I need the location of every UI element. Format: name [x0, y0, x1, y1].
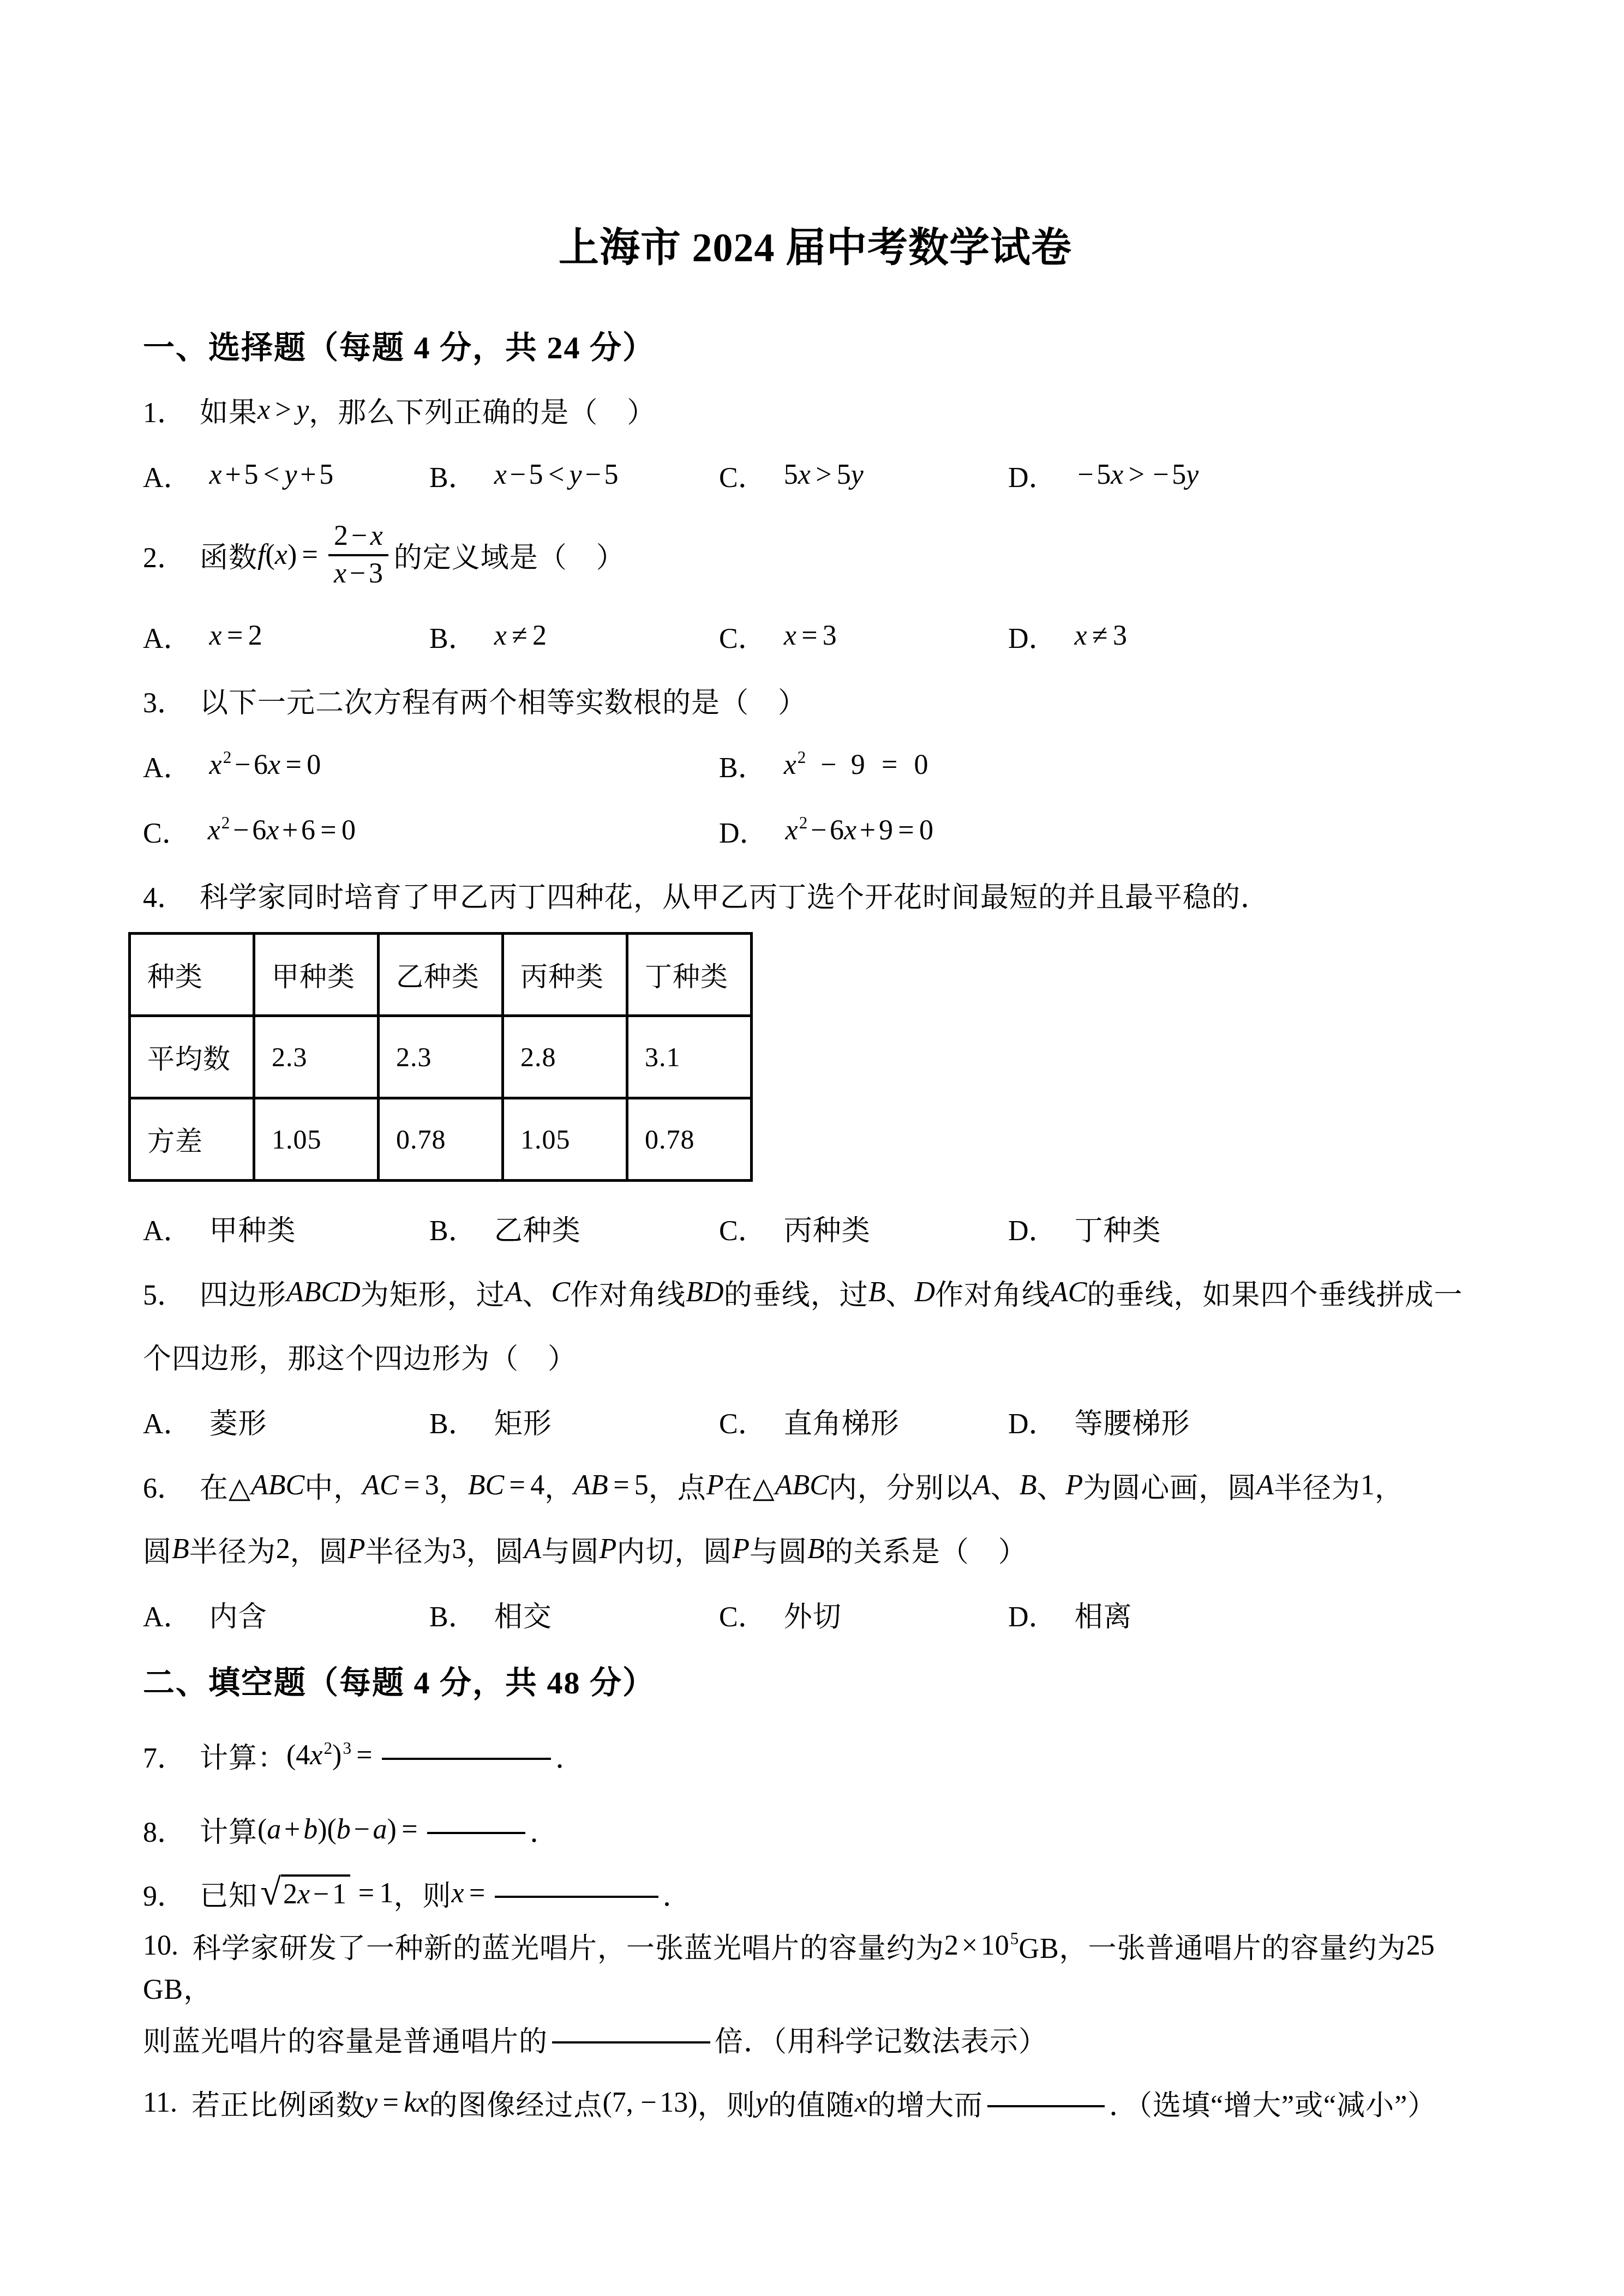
- option: A．内含: [143, 1581, 429, 1646]
- option-label: D．: [1008, 1207, 1057, 1248]
- table-cell: 3.1: [627, 1016, 752, 1098]
- answer-blank: [495, 1889, 658, 1898]
- text-run: 、: [991, 1465, 1020, 1506]
- math-formula: =1: [353, 1877, 393, 1909]
- text-run: 计算：: [200, 1735, 286, 1776]
- text-run: 内含: [209, 1594, 267, 1634]
- option-label: C．: [719, 1401, 766, 1441]
- question-line: 1．如果x>y，那么下列正确的是（ ）: [143, 378, 1488, 442]
- math-formula: A: [505, 1276, 523, 1308]
- question-line: 8．计算(a+b)(b−a)=．: [143, 1798, 1488, 1861]
- text-run: 的垂线，如果四个垂线拼成一: [1087, 1272, 1463, 1313]
- options-row: A．菱形B．矩形C．直角梯形D．等腰梯形: [143, 1388, 1488, 1453]
- math-formula: y=kx: [365, 2087, 429, 2119]
- text-run: 与圆: [750, 1529, 807, 1570]
- option: A．甲种类: [143, 1195, 429, 1260]
- option-label: A．: [143, 1594, 192, 1634]
- text-run: 菱形: [209, 1401, 267, 1441]
- exam-content: 一、选择题（每题 4 分，共 24 分）1．如果x>y，那么下列正确的是（ ）A…: [143, 311, 1488, 2135]
- math-formula: x=2: [209, 620, 262, 652]
- table-header-cell: 种类: [130, 934, 254, 1016]
- option: D．x2−6x+9=0: [719, 797, 1488, 863]
- option: C．丙种类: [719, 1195, 1008, 1260]
- text-run: ，那么下列正确的是（ ）: [309, 389, 656, 430]
- question-number: 5．: [143, 1272, 185, 1313]
- table-cell: 0.78: [379, 1098, 503, 1181]
- superscript: 2: [223, 748, 232, 767]
- option-label: C．: [719, 615, 766, 656]
- question-number: 8．: [143, 1809, 185, 1850]
- math-formula: 25: [1406, 1930, 1435, 1962]
- superscript: 2: [799, 813, 808, 832]
- sqrt-radical: √2x−1: [260, 1874, 350, 1912]
- text-run: 已知: [200, 1873, 257, 1914]
- math-formula: P: [1065, 1469, 1083, 1501]
- text-run: 的定义域是（ ）: [394, 534, 625, 575]
- option: C．x=3: [719, 603, 1008, 668]
- math-formula: AC: [1051, 1276, 1087, 1308]
- question: 3．以下一元二次方程有两个相等实数根的是（ ）A．x2−6x=0B．x2 − 9…: [143, 668, 1488, 863]
- option-label: B．: [429, 1207, 477, 1248]
- question-line: 4．科学家同时培育了甲乙丙丁四种花，从甲乙丙丁选个开花时间最短的并且最平稳的．: [143, 863, 1488, 927]
- option: B．x2 − 9 = 0: [719, 732, 1488, 797]
- math-formula: BD: [686, 1276, 723, 1308]
- superscript: 5: [1010, 1929, 1019, 1948]
- fraction-numerator: 2−x: [328, 520, 389, 556]
- math-formula: x≠2: [494, 620, 547, 652]
- math-formula: A: [973, 1469, 991, 1501]
- option: D．x≠3: [1008, 603, 1488, 668]
- option: B．矩形: [429, 1388, 719, 1453]
- question-line: 9．已知√2x−1=1，则x=．: [143, 1861, 1488, 1925]
- text-run: ．: [555, 1735, 584, 1776]
- math-formula: −5x>−5y: [1075, 459, 1199, 491]
- math-formula: (7,−13): [602, 2087, 697, 2119]
- option: B．乙种类: [429, 1195, 719, 1260]
- table-header-row: 种类甲种类乙种类丙种类丁种类: [130, 934, 752, 1016]
- text-run: 与圆: [541, 1529, 599, 1570]
- options-row: A．x2−6x=0B．x2 − 9 = 0C．x2−6x+6=0D．x2−6x+…: [143, 732, 1488, 863]
- option-label: C．: [719, 1207, 766, 1248]
- math-formula: D: [914, 1276, 935, 1308]
- answer-blank: [427, 1825, 525, 1834]
- option: B．x−5<y−5: [429, 442, 719, 507]
- option-label: D．: [719, 810, 768, 851]
- option-label: B．: [429, 615, 477, 656]
- text-run: 相交: [494, 1594, 552, 1634]
- text-run: 半径为: [189, 1529, 276, 1570]
- math-formula: x>y: [257, 394, 309, 426]
- text-run: 科学家研发了一种新的蓝光唱片，一张蓝光唱片的容量约为: [193, 1925, 944, 1966]
- text-run: ，: [1375, 1465, 1404, 1506]
- option-label: B．: [719, 744, 766, 785]
- math-formula: ABCD: [286, 1276, 361, 1308]
- option-label: A．: [143, 1401, 192, 1441]
- option-label: D．: [1008, 615, 1057, 656]
- question-line: 6．在△ABC中，AC=3，BC=4，AB=5，点P在△ABC内，分别以A、B、…: [143, 1453, 1488, 1517]
- math-formula: x≠3: [1075, 620, 1127, 652]
- question: 6．在△ABC中，AC=3，BC=4，AB=5，点P在△ABC内，分别以A、B、…: [143, 1453, 1488, 1646]
- text-run: 作对角线: [570, 1272, 686, 1313]
- superscript: 3: [343, 1739, 351, 1758]
- text-run: GB，: [143, 1966, 212, 2007]
- option-label: D．: [1008, 1594, 1057, 1634]
- text-run: ，点: [649, 1465, 706, 1506]
- answer-blank: [382, 1751, 551, 1760]
- text-run: 则蓝光唱片的容量是普通唱片的: [143, 2018, 548, 2059]
- text-run: 直角梯形: [784, 1401, 900, 1441]
- text-run: 乙种类: [494, 1207, 581, 1248]
- option: C．直角梯形: [719, 1388, 1008, 1453]
- math-formula: P: [706, 1469, 724, 1501]
- math-formula: C: [552, 1276, 571, 1308]
- fraction-denominator: x−3: [334, 556, 383, 590]
- option-label: C．: [143, 810, 190, 851]
- text-run: 、: [885, 1272, 914, 1313]
- options-row: A．内含B．相交C．外切D．相离: [143, 1581, 1488, 1646]
- text-run: 相离: [1075, 1594, 1132, 1634]
- math-formula: (4x2)3=: [286, 1739, 377, 1771]
- text-run: 半径为: [365, 1529, 452, 1570]
- text-run: 的增大而: [867, 2082, 983, 2123]
- question: 8．计算(a+b)(b−a)=．: [143, 1798, 1488, 1861]
- option-label: A．: [143, 744, 192, 785]
- math-formula: x2 − 9 = 0: [784, 749, 928, 781]
- answer-blank: [987, 2099, 1105, 2107]
- question: 5．四边形ABCD为矩形，过A、C作对角线BD的垂线，过B、D作对角线AC的垂线…: [143, 1260, 1488, 1453]
- question: 11.若正比例函数y=kx的图像经过点(7,−13)，则y的值随x的增大而．（选…: [143, 2071, 1488, 2135]
- question-number: 1．: [143, 389, 185, 430]
- question-number: 9．: [143, 1873, 185, 1914]
- question-line: 7．计算：(4x2)3=．: [143, 1713, 1488, 1798]
- table-cell: 2.3: [379, 1016, 503, 1098]
- text-run: 圆: [143, 1529, 172, 1570]
- text-run: 函数: [200, 534, 257, 575]
- option: A．x2−6x=0: [143, 732, 719, 797]
- table-row: 方差1.050.781.050.78: [130, 1098, 752, 1181]
- option: A．x+5<y+5: [143, 442, 429, 507]
- option-label: D．: [1008, 454, 1057, 495]
- question-line: 3．以下一元二次方程有两个相等实数根的是（ ）: [143, 668, 1488, 732]
- math-formula: x=: [451, 1877, 490, 1909]
- text-run: 的垂线，过: [724, 1272, 868, 1313]
- option: D．等腰梯形: [1008, 1388, 1488, 1453]
- option: C．外切: [719, 1581, 1008, 1646]
- math-formula: B: [172, 1533, 189, 1565]
- text-run: 在△: [724, 1465, 775, 1506]
- math-formula: P: [599, 1533, 616, 1565]
- text-run: 为矩形，过: [361, 1272, 505, 1313]
- text-run: 丁种类: [1075, 1207, 1161, 1248]
- text-run: 若正比例函数: [191, 2082, 365, 2123]
- text-run: ．（选填“增大”或“减小”）: [1109, 2082, 1436, 2123]
- math-formula: x−5<y−5: [494, 459, 619, 491]
- text-run: 矩形: [494, 1401, 552, 1441]
- table-row: 平均数2.32.32.83.1: [130, 1016, 752, 1098]
- math-formula: x2−6x+9=0: [786, 814, 933, 846]
- superscript: 2: [221, 813, 230, 832]
- option: B．相交: [429, 1581, 719, 1646]
- question: 4．科学家同时培育了甲乙丙丁四种花，从甲乙丙丁选个开花时间最短的并且最平稳的．种…: [143, 863, 1488, 1260]
- question-line: 圆B半径为2，圆P半径为3，圆A与圆P内切，圆P与圆B的关系是（ ）: [143, 1517, 1488, 1581]
- text-run: 等腰梯形: [1075, 1401, 1190, 1441]
- option-label: A．: [143, 1207, 192, 1248]
- math-formula: B: [1020, 1469, 1037, 1501]
- text-run: ，则: [393, 1873, 451, 1914]
- math-formula: B: [807, 1533, 825, 1565]
- radical-sign-icon: √: [260, 1873, 281, 1911]
- question-line: 个四边形，那这个四边形为（ ）: [143, 1324, 1488, 1388]
- text-run: 为圆心画，圆: [1083, 1465, 1256, 1506]
- math-formula: B: [868, 1276, 886, 1308]
- math-formula: y: [756, 2087, 768, 2119]
- math-formula: 2×105: [944, 1930, 1018, 1962]
- math-formula: 2: [276, 1533, 290, 1565]
- question-line: 10.科学家研发了一种新的蓝光唱片，一张蓝光唱片的容量约为2×105GB，一张普…: [143, 1925, 1488, 2007]
- radicand: 2x−1: [281, 1874, 350, 1910]
- stats-table: 种类甲种类乙种类丙种类丁种类平均数2.32.32.83.1方差1.050.781…: [128, 932, 753, 1182]
- text-run: 、: [1036, 1465, 1065, 1506]
- option: D．−5x>−5y: [1008, 442, 1488, 507]
- text-run: 倍．（用科学记数法表示）: [715, 2018, 1047, 2059]
- math-formula: x+5<y+5: [209, 459, 334, 491]
- option-label: C．: [719, 1594, 766, 1634]
- text-run: 以下一元二次方程有两个相等实数根的是（ ）: [200, 680, 807, 720]
- question-number: 7．: [143, 1735, 185, 1776]
- math-formula: 1: [1361, 1469, 1375, 1501]
- question-line: 11.若正比例函数y=kx的图像经过点(7,−13)，则y的值随x的增大而．（选…: [143, 2071, 1488, 2135]
- math-formula: x: [855, 2087, 867, 2119]
- text-run: 如果: [200, 389, 257, 430]
- math-formula: P: [348, 1533, 365, 1565]
- options-row: A．x+5<y+5B．x−5<y−5C．5x>5yD．−5x>−5y: [143, 442, 1488, 507]
- table-header-cell: 丁种类: [627, 934, 752, 1016]
- text-run: 内，分别以: [829, 1465, 973, 1506]
- superscript: 2: [798, 748, 806, 767]
- text-run: 的关系是（ ）: [825, 1529, 1027, 1570]
- text-run: ．: [663, 1873, 692, 1914]
- section-heading: 一、选择题（每题 4 分，共 24 分）: [143, 311, 1488, 378]
- option: D．相离: [1008, 1581, 1488, 1646]
- option: B．x≠2: [429, 603, 719, 668]
- text-run: 半径为: [1274, 1465, 1361, 1506]
- text-run: 外切: [784, 1594, 842, 1634]
- question-number: 6．: [143, 1465, 185, 1506]
- exam-page: 上海市 2024 届中考数学试卷 一、选择题（每题 4 分，共 24 分）1．如…: [0, 0, 1624, 2296]
- option: A．x=2: [143, 603, 429, 668]
- option-label: A．: [143, 615, 192, 656]
- math-formula: A: [524, 1533, 542, 1565]
- text-run: 四边形: [200, 1272, 286, 1313]
- page-title: 上海市 2024 届中考数学试卷: [143, 217, 1488, 280]
- text-run: ，圆: [290, 1529, 348, 1570]
- section-heading: 二、填空题（每题 4 分，共 48 分）: [143, 1646, 1488, 1713]
- table-header-cell: 乙种类: [379, 934, 503, 1016]
- text-run: 中，: [304, 1465, 362, 1506]
- math-formula: 3: [452, 1533, 466, 1565]
- option-label: C．: [719, 454, 766, 495]
- math-formula: P: [732, 1533, 750, 1565]
- text-run: 的值随: [768, 2082, 855, 2123]
- math-formula: (a+b)(b−a)=: [257, 1813, 423, 1846]
- math-formula: BC=4: [468, 1469, 545, 1501]
- question: 7．计算：(4x2)3=．: [143, 1713, 1488, 1798]
- options-row: A．x=2B．x≠2C．x=3D．x≠3: [143, 603, 1488, 668]
- question: 2．函数f(x)=2−xx−3的定义域是（ ）A．x=2B．x≠2C．x=3D．…: [143, 507, 1488, 668]
- question-number: 10.: [143, 1930, 178, 1962]
- math-formula: ABC: [775, 1469, 829, 1501]
- math-formula: AC=3: [362, 1469, 439, 1501]
- table-cell: 0.78: [627, 1098, 752, 1181]
- math-formula: x2−6x=0: [209, 749, 321, 781]
- math-formula: A: [1256, 1469, 1274, 1501]
- text-run: ，则: [698, 2082, 756, 2123]
- table-cell: 2.8: [503, 1016, 627, 1098]
- option: C．5x>5y: [719, 442, 1008, 507]
- table-cell: 1.05: [254, 1098, 379, 1181]
- table-header-cell: 甲种类: [254, 934, 379, 1016]
- text-run: ，: [439, 1465, 468, 1506]
- table-cell: 1.05: [503, 1098, 627, 1181]
- option-label: B．: [429, 1401, 477, 1441]
- text-run: 科学家同时培育了甲乙丙丁四种花，从甲乙丙丁选个开花时间最短的并且最平稳的．: [200, 874, 1269, 915]
- text-run: GB，一张普通唱片的容量约为: [1018, 1925, 1406, 1966]
- math-formula: x=3: [784, 620, 837, 652]
- option-label: A．: [143, 454, 192, 495]
- text-run: ，圆: [466, 1529, 524, 1570]
- table-cell: 平均数: [130, 1016, 254, 1098]
- text-run: 个四边形，那这个四边形为（ ）: [143, 1336, 577, 1377]
- text-run: 作对角线: [935, 1272, 1051, 1313]
- math-formula: x2−6x+6=0: [208, 814, 356, 846]
- question: 10.科学家研发了一种新的蓝光唱片，一张蓝光唱片的容量约为2×105GB，一张普…: [143, 1925, 1488, 2071]
- table-cell: 2.3: [254, 1016, 379, 1098]
- option-label: B．: [429, 1594, 477, 1634]
- option: D．丁种类: [1008, 1195, 1488, 1260]
- math-formula: 5x>5y: [784, 459, 864, 491]
- question: 1．如果x>y，那么下列正确的是（ ）A．x+5<y+5B．x−5<y−5C．5…: [143, 378, 1488, 507]
- question-number: 2．: [143, 534, 185, 575]
- text-run: ，: [544, 1465, 573, 1506]
- text-run: 甲种类: [209, 1207, 296, 1248]
- text-run: 、: [523, 1272, 552, 1313]
- text-run: 丙种类: [784, 1207, 871, 1248]
- text-run: 内切，圆: [616, 1529, 732, 1570]
- question: 9．已知√2x−1=1，则x=．: [143, 1861, 1488, 1925]
- question-line: 5．四边形ABCD为矩形，过A、C作对角线BD的垂线，过B、D作对角线AC的垂线…: [143, 1260, 1488, 1324]
- text-run: 的图像经过点: [429, 2082, 602, 2123]
- text-run: 计算: [200, 1809, 257, 1850]
- math-formula: AB=5: [573, 1469, 649, 1501]
- question-number: 4．: [143, 874, 185, 915]
- question-number: 11.: [143, 2087, 177, 2119]
- text-run: 在△: [200, 1465, 251, 1506]
- text-run: ．: [530, 1809, 559, 1850]
- question-line: 2．函数f(x)=2−xx−3的定义域是（ ）: [143, 507, 1488, 603]
- question-line: 则蓝光唱片的容量是普通唱片的倍．（用科学记数法表示）: [143, 2007, 1488, 2071]
- option-label: B．: [429, 454, 477, 495]
- options-row: A．甲种类B．乙种类C．丙种类D．丁种类: [143, 1195, 1488, 1260]
- table-cell: 方差: [130, 1098, 254, 1181]
- question-number: 3．: [143, 680, 185, 720]
- option: C．x2−6x+6=0: [143, 797, 719, 863]
- answer-blank: [552, 2035, 710, 2043]
- option: A．菱形: [143, 1388, 429, 1453]
- fraction: 2−xx−3: [328, 520, 389, 589]
- option-label: D．: [1008, 1401, 1057, 1441]
- math-formula: f(x)=: [257, 539, 323, 571]
- superscript: 2: [323, 1739, 332, 1758]
- table-header-cell: 丙种类: [503, 934, 627, 1016]
- math-formula: ABC: [251, 1469, 304, 1501]
